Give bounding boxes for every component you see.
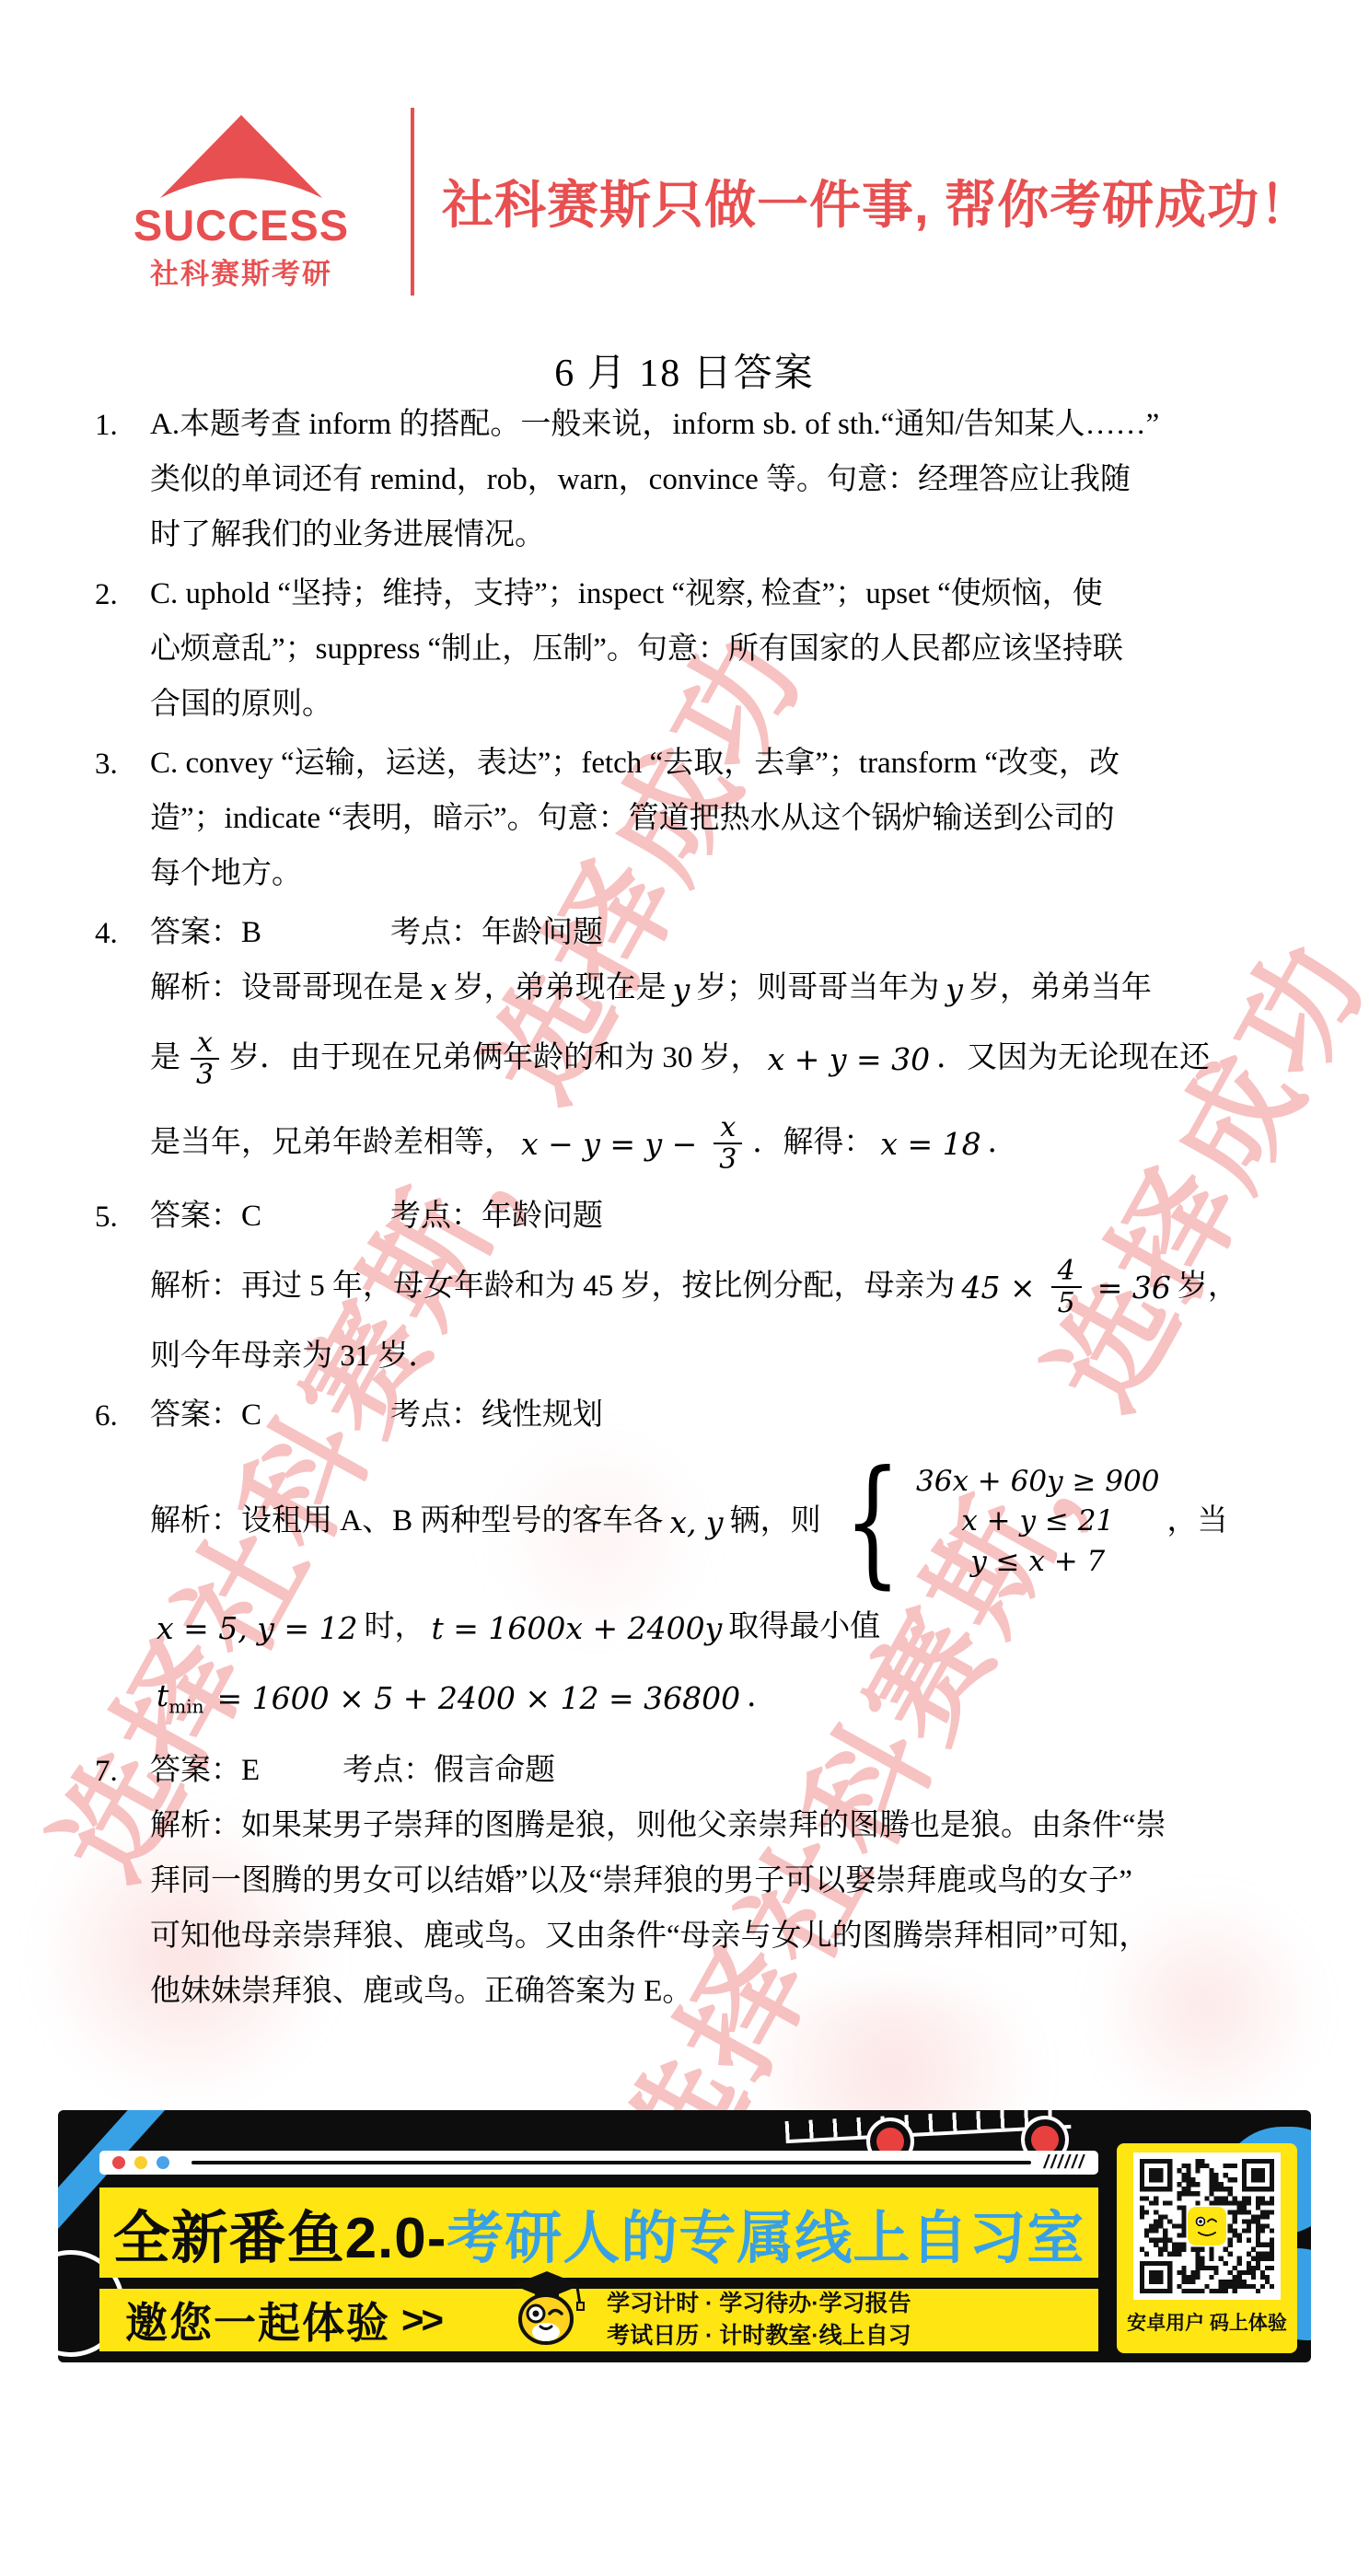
math-expression: x + y = 30 <box>761 1041 937 1077</box>
answer-content: C. convey “运输，运送，表达”；fetch “去取，去拿”；trans… <box>150 737 1292 902</box>
fraction: x3 <box>190 1027 220 1090</box>
spacer <box>261 1416 390 1417</box>
text-run: 是 <box>150 1035 180 1082</box>
math-expression: tmin <box>150 1677 211 1718</box>
text-run: ．解得： <box>752 1120 874 1166</box>
text-run: 岁；则哥哥当年为 <box>696 965 939 1012</box>
answer-line: 拜同一图腾的男女可以结婚”以及“崇拜狼的男子可以娶崇拜鹿或鸟的女子” <box>150 1854 1292 1909</box>
answer-item: 6.答案：C考点：线性规划解析：设租用 A、B 两种型号的客车各x, y辆，则{… <box>95 1388 1301 1740</box>
text-run: 岁， <box>1178 1263 1238 1310</box>
spacer <box>261 934 390 934</box>
answer-content: C. uphold “坚持；维持，支持”；inspect “视察, 检查”；up… <box>150 567 1292 733</box>
text-run: 考点：假言命题 <box>342 1747 555 1794</box>
answer-number: 3. <box>95 737 150 902</box>
text-run: C. convey “运输，运送，表达”；fetch “去取，去拿”；trans… <box>150 740 1120 787</box>
chrome-line-decoration <box>191 2161 1031 2164</box>
answer-number: 6. <box>95 1388 150 1740</box>
subscript: min <box>168 1696 203 1718</box>
header-divider <box>411 108 414 296</box>
answer-item: 5.答案：C考点：年龄问题解析：再过 5 年，母女年龄和为 45 岁，按比例分配… <box>95 1189 1301 1385</box>
math-expression: y <box>939 971 969 1007</box>
text-run: 时了解我们的业务进展情况。 <box>150 512 545 559</box>
text-run: 类似的单词还有 remind，rob，warn，convince 等。句意：经理… <box>150 457 1131 504</box>
text-run: C. uphold “坚持；维持，支持”；inspect “视察, 检查”；up… <box>150 571 1103 618</box>
system-row: x + y ≤ 21 <box>916 1505 1159 1538</box>
math-expression: = 1600 × 5 + 2400 × 12 = 36800 <box>211 1680 748 1716</box>
text-run: 岁．由于现在兄弟俩年龄的和为 30 岁， <box>229 1035 761 1082</box>
mountain-logo-icon <box>154 111 329 202</box>
banner-headline-black: 全新番鱼2.0- <box>113 2192 447 2274</box>
answer-item: 2.C. uphold “坚持；维持，支持”；inspect “视察, 检查”；… <box>95 567 1301 733</box>
answers-list: 1.A.本题考查 inform 的搭配。一般来说，inform sb. of s… <box>95 398 1301 2024</box>
inequality-system: {36x + 60y ≥ 900x + y ≤ 21y ≤ x + 7 <box>829 1460 1160 1584</box>
text-run: ，当 <box>1166 1498 1227 1545</box>
answer-content: 答案：C考点：线性规划解析：设租用 A、B 两种型号的客车各x, y辆，则{36… <box>150 1388 1292 1740</box>
math-expression: t = 1600x + 2400y <box>424 1610 728 1646</box>
math-expression: x <box>423 971 454 1007</box>
math-expression: = 36 <box>1091 1270 1178 1305</box>
answer-line: 解析：设租用 A、B 两种型号的客车各x, y辆，则{36x + 60y ≥ 9… <box>150 1444 1292 1600</box>
text-run: 时， <box>364 1604 424 1651</box>
spacer <box>261 1217 390 1218</box>
answer-line: tmin= 1600 × 5 + 2400 × 12 = 36800． <box>150 1655 1292 1740</box>
text-run: 答案：B <box>150 910 261 957</box>
answer-content: 答案：C考点：年龄问题解析：再过 5 年，母女年龄和为 45 岁，按比例分配，母… <box>150 1189 1292 1385</box>
system-row: 36x + 60y ≥ 900 <box>916 1466 1159 1499</box>
answer-line: 他妹妹崇拜狼、鹿或鸟。正确答案为 E。 <box>150 1965 1292 2020</box>
answer-line: C. uphold “坚持；维持，支持”；inspect “视察, 检查”；up… <box>150 567 1292 622</box>
answer-line: 解析：设哥哥现在是x岁，弟弟现在是y岁；则哥哥当年为y岁，弟弟当年 <box>150 961 1292 1016</box>
answer-item: 3.C. convey “运输，运送，表达”；fetch “去取，去拿”；tra… <box>95 737 1301 902</box>
answer-line: 时了解我们的业务进展情况。 <box>150 508 1292 563</box>
banner-invite-row: 邀您一起体验 >> 学习计时 · 学习待办·学习报告 考试 <box>99 2289 1098 2351</box>
answer-line: 每个地方。 <box>150 847 1292 902</box>
text-run: 答案：C <box>150 1193 261 1240</box>
fraction-numerator: x <box>191 1027 219 1060</box>
text-run: 解析：设哥哥现在是 <box>150 965 423 1012</box>
fraction-denominator: 3 <box>713 1144 743 1175</box>
answer-line: x = 5, y = 12时，t = 1600x + 2400y取得最小值 <box>150 1600 1292 1655</box>
success-logo: SUCCESS 社科赛斯考研 <box>85 111 398 293</box>
answer-line: 是x3岁．由于现在兄弟俩年龄的和为 30 岁，x + y = 30．又因为无论现… <box>150 1016 1292 1101</box>
answer-content: A.本题考查 inform 的搭配。一般来说，inform sb. of sth… <box>150 398 1292 563</box>
banner-headline-blue: 考研人的专属线上自习室 <box>447 2192 1085 2274</box>
browser-chrome-bar: ////// <box>99 2151 1098 2175</box>
feature-line-1: 学习计时 · 学习待办·学习报告 <box>607 2288 911 2320</box>
system-rows: 36x + 60y ≥ 900x + y ≤ 21y ≤ x + 7 <box>916 1466 1159 1579</box>
text-run: 每个地方。 <box>150 851 302 898</box>
qr-caption: 安卓用户 码上体验 <box>1127 2308 1287 2336</box>
text-run: 他妹妹崇拜狼、鹿或鸟。正确答案为 E。 <box>150 1968 692 2015</box>
window-dot-yellow <box>134 2156 147 2169</box>
answer-line: 造”；indicate “表明，暗示”。句意：管道把热水从这个锅炉输送到公司的 <box>150 792 1292 847</box>
text-run: 考点：年龄问题 <box>390 910 603 957</box>
answer-content: 答案：E考点：假言命题解析：如果某男子崇拜的图腾是狼，则他父亲崇拜的图腾也是狼。… <box>150 1744 1292 2020</box>
text-run: 岁，弟弟当年 <box>969 965 1152 1012</box>
fraction-denominator: 5 <box>1051 1288 1082 1318</box>
feature-line-2: 考试日历 · 计时教室·线上自习 <box>607 2320 911 2352</box>
answer-number: 2. <box>95 567 150 733</box>
left-brace: { <box>843 1460 900 1584</box>
math-expression: y <box>667 971 697 1007</box>
answer-line: 类似的单词还有 remind，rob，warn，convince 等。句意：经理… <box>150 453 1292 508</box>
math-expression: x = 18 <box>874 1126 987 1162</box>
answer-line: 答案：C考点：年龄问题 <box>150 1189 1292 1245</box>
window-dot-red <box>112 2156 125 2169</box>
spacer <box>260 1771 342 1772</box>
answer-line: 心烦意乱”；suppress “制止，压制”。句意：所有国家的人民都应该坚持联 <box>150 622 1292 678</box>
answer-line: C. convey “运输，运送，表达”；fetch “去取，去拿”；trans… <box>150 737 1292 792</box>
text-run: 岁，弟弟现在是 <box>454 965 667 1012</box>
answer-item: 4.答案：B考点：年龄问题解析：设哥哥现在是x岁，弟弟现在是y岁；则哥哥当年为y… <box>95 906 1301 1186</box>
math-expression: x − y = y − <box>515 1126 703 1162</box>
text-run: 造”；indicate “表明，暗示”。句意：管道把热水从这个锅炉输送到公司的 <box>150 795 1115 842</box>
banner-feature-list: 学习计时 · 学习待办·学习报告 考试日历 · 计时教室·线上自习 <box>607 2288 911 2352</box>
answer-line: 答案：B考点：年龄问题 <box>150 906 1292 961</box>
answer-item: 1.A.本题考查 inform 的搭配。一般来说，inform sb. of s… <box>95 398 1301 563</box>
banner-invite-text: 邀您一起体验 <box>125 2290 390 2350</box>
answer-number: 7. <box>95 1744 150 2020</box>
text-run: ． <box>747 1674 777 1721</box>
text-run: 拜同一图腾的男女可以结婚”以及“崇拜狼的男子可以娶崇拜鹿或鸟的女子” <box>150 1858 1132 1905</box>
text-run: 辆，则 <box>730 1498 821 1545</box>
text-run: 心烦意乱”；suppress “制止，压制”。句意：所有国家的人民都应该坚持联 <box>150 626 1123 673</box>
answer-item: 7.答案：E考点：假言命题解析：如果某男子崇拜的图腾是狼，则他父亲崇拜的图腾也是… <box>95 1744 1301 2020</box>
answer-number: 1. <box>95 398 150 563</box>
fish-mascot-icon <box>507 2269 586 2347</box>
text-run: ．又因为无论现在还 <box>936 1035 1210 1082</box>
text-run: 可知他母亲崇拜狼、鹿或鸟。又由条件“母亲与女儿的图腾崇拜相同”可知， <box>150 1913 1149 1960</box>
answer-sheet-page: 选择社科赛斯，选择成功 选择社科赛斯，选择成功 SUCCESS 社科赛斯考研 社… <box>0 0 1369 2576</box>
answer-line: A.本题考查 inform 的搭配。一般来说，inform sb. of sth… <box>150 398 1292 453</box>
brand-slogan: 社科赛斯只做一件事, 帮你考研成功！ <box>442 165 1312 238</box>
math-expression: x, y <box>663 1504 729 1540</box>
text-run: 是当年，兄弟年龄差相等， <box>150 1120 515 1166</box>
text-run: ． <box>988 1120 1018 1166</box>
answer-line: 合国的原则。 <box>150 678 1292 733</box>
answer-line: 是当年，兄弟年龄差相等，x − y = y −x3．解得：x = 18． <box>150 1101 1292 1186</box>
answer-number: 5. <box>95 1189 150 1385</box>
page-title: 6 月 18 日答案 <box>0 342 1369 398</box>
text-run: 解析：再过 5 年，母女年龄和为 45 岁，按比例分配，母亲为 <box>150 1263 956 1310</box>
text-run: 合国的原则。 <box>150 681 332 728</box>
answer-line: 可知他母亲崇拜狼、鹿或鸟。又由条件“母亲与女儿的图腾崇拜相同”可知， <box>150 1909 1292 1965</box>
fraction: x3 <box>713 1112 743 1175</box>
text-run: 取得最小值 <box>728 1604 880 1651</box>
double-arrow-icon: >> <box>401 2298 441 2342</box>
text-run: 则今年母亲为 31 岁． <box>150 1333 439 1380</box>
text-run: 答案：C <box>150 1392 261 1439</box>
logo-sub-text: 社科赛斯考研 <box>150 250 332 292</box>
answer-line: 答案：C考点：线性规划 <box>150 1388 1292 1444</box>
slashes-decoration: ////// <box>1044 2152 1085 2174</box>
math-expression: x = 5, y = 12 <box>150 1610 364 1646</box>
math-expression: 45 × <box>956 1270 1042 1305</box>
text-run: 解析：设租用 A、B 两种型号的客车各 <box>150 1498 663 1545</box>
qr-code <box>1133 2152 1281 2300</box>
answer-number: 4. <box>95 906 150 1186</box>
logo-brand-text: SUCCESS <box>133 203 349 248</box>
system-row: y ≤ x + 7 <box>916 1546 1159 1579</box>
answer-line: 解析：再过 5 年，母女年龄和为 45 岁，按比例分配，母亲为45 ×45= 3… <box>150 1245 1292 1329</box>
text-run: 考点：线性规划 <box>390 1392 603 1439</box>
answer-content: 答案：B考点：年龄问题解析：设哥哥现在是x岁，弟弟现在是y岁；则哥哥当年为y岁，… <box>150 906 1292 1186</box>
text-run: 解析：如果某男子崇拜的图腾是狼，则他父亲崇拜的图腾也是狼。由条件“崇 <box>150 1803 1166 1850</box>
fraction: 45 <box>1051 1256 1082 1318</box>
fraction-denominator: 3 <box>190 1060 220 1090</box>
text-run: 答案：E <box>150 1747 260 1794</box>
banner-headline: 全新番鱼2.0- 考研人的专属线上自习室 <box>99 2187 1098 2278</box>
answer-line: 解析：如果某男子崇拜的图腾是狼，则他父亲崇拜的图腾也是狼。由条件“崇 <box>150 1799 1292 1854</box>
qr-panel: 安卓用户 码上体验 <box>1117 2143 1297 2353</box>
ad-banner: ////// 全新番鱼2.0- 考研人的专属线上自习室 邀您一起体验 >> <box>58 2110 1311 2362</box>
fraction-numerator: 4 <box>1051 1256 1082 1288</box>
text-run: 考点：年龄问题 <box>390 1193 603 1240</box>
answer-line: 则今年母亲为 31 岁． <box>150 1329 1292 1385</box>
brand-header: SUCCESS 社科赛斯考研 社科赛斯只做一件事, 帮你考研成功！ <box>85 96 1312 307</box>
answer-line: 答案：E考点：假言命题 <box>150 1744 1292 1799</box>
text-run: A.本题考查 inform 的搭配。一般来说，inform sb. of sth… <box>150 401 1159 448</box>
fraction-numerator: x <box>714 1112 742 1144</box>
window-dot-blue <box>157 2156 169 2169</box>
